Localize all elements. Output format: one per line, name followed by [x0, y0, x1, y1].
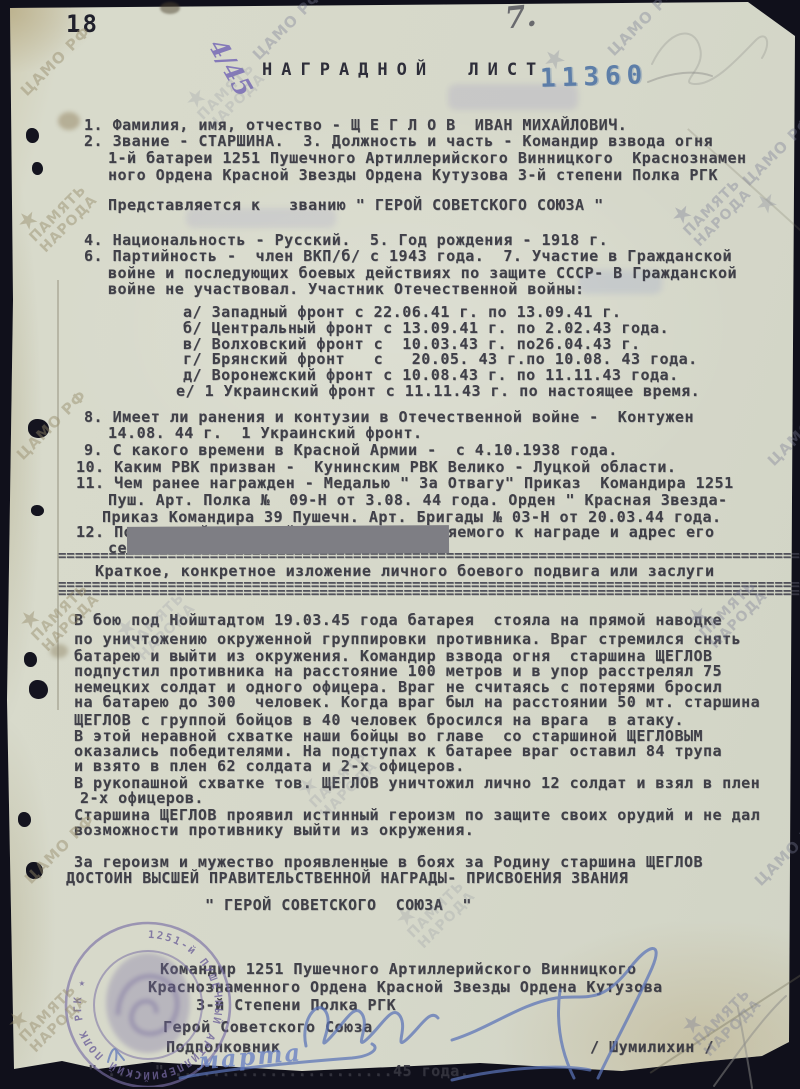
punch-hole: [26, 128, 39, 143]
punch-hole: [24, 652, 37, 667]
punch-hole: [18, 812, 31, 827]
punch-hole: [26, 862, 43, 879]
scanned-award-sheet: 18 7. 4/45 НАГРАДНОЙ ЛИСТ 11360 1. Фамил…: [0, 0, 800, 1089]
punch-hole: [28, 419, 49, 438]
punch-hole: [29, 680, 48, 699]
punch-hole: [32, 162, 43, 175]
redaction-bar: [127, 525, 449, 555]
punch-hole: [31, 505, 44, 516]
